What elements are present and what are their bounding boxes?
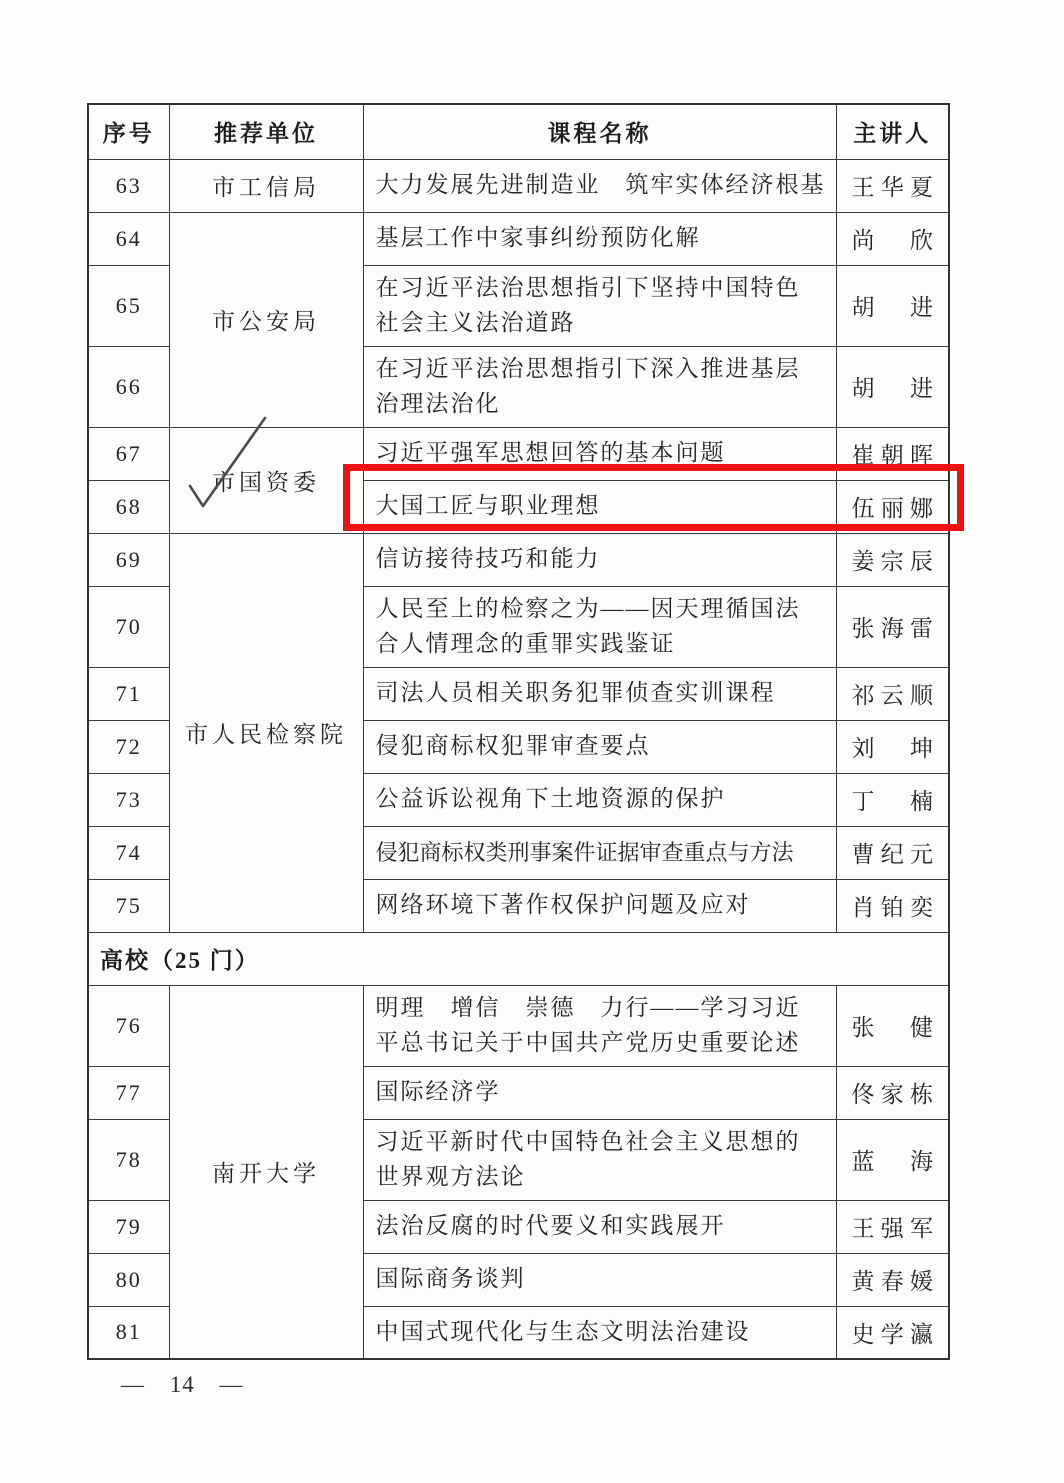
row-number-cell: 73 [88, 773, 169, 826]
course-cell: 法治反腐的时代要义和实践展开 [363, 1200, 836, 1253]
row-number-cell: 76 [88, 985, 169, 1066]
course-cell: 大力发展先进制造业 筑牢实体经济根基 [363, 159, 836, 212]
row-number-cell: 67 [88, 427, 169, 480]
lecturer-cell: 肖铂奕 [836, 879, 949, 932]
lecturer-cell: 丁 楠 [836, 773, 949, 826]
lecturer-cell: 姜宗辰 [836, 533, 949, 586]
header-lecturer: 主讲人 [836, 104, 949, 159]
row-number-cell: 72 [88, 720, 169, 773]
lecturer-cell: 尚 欣 [836, 212, 949, 265]
course-cell: 信访接待技巧和能力 [363, 533, 836, 586]
row-number-cell: 63 [88, 159, 169, 212]
table-row: 67 市国资委 习近平强军思想回答的基本问题 崔朝晖 [88, 427, 949, 480]
course-cell: 司法人员相关职务犯罪侦查实训课程 [363, 667, 836, 720]
course-cell: 中国式现代化与生态文明法治建设 [363, 1306, 836, 1359]
course-cell: 公益诉讼视角下土地资源的保护 [363, 773, 836, 826]
header-course: 课程名称 [363, 104, 836, 159]
lecturer-cell: 崔朝晖 [836, 427, 949, 480]
course-cell: 习近平新时代中国特色社会主义思想的 世界观方法论 [363, 1119, 836, 1200]
row-number-cell: 66 [88, 346, 169, 427]
row-number-cell: 81 [88, 1306, 169, 1359]
row-number-cell: 77 [88, 1066, 169, 1119]
table-row: 76 南开大学 明理 增信 崇德 力行——学习习近 平总书记关于中国共产党历史重… [88, 985, 949, 1066]
course-cell: 侵犯商标权犯罪审查要点 [363, 720, 836, 773]
unit-cell: 市公安局 [169, 212, 363, 427]
course-cell: 人民至上的检察之为——因天理循国法 合人情理念的重罪实践鉴证 [363, 586, 836, 667]
unit-cell: 市工信局 [169, 159, 363, 212]
lecturer-cell: 张海雷 [836, 586, 949, 667]
course-cell: 基层工作中家事纠纷预防化解 [363, 212, 836, 265]
row-number-cell: 68 [88, 480, 169, 533]
course-cell: 国际经济学 [363, 1066, 836, 1119]
course-cell: 明理 增信 崇德 力行——学习习近 平总书记关于中国共产党历史重要论述 [363, 985, 836, 1066]
row-number-cell: 70 [88, 586, 169, 667]
course-cell: 侵犯商标权类刑事案件证据审查重点与方法 [363, 826, 836, 879]
unit-cell: 市人民检察院 [169, 533, 363, 932]
lecturer-cell: 胡 进 [836, 346, 949, 427]
header-unit: 推荐单位 [169, 104, 363, 159]
lecturer-cell: 刘 坤 [836, 720, 949, 773]
lecturer-cell: 王华夏 [836, 159, 949, 212]
row-number-cell: 71 [88, 667, 169, 720]
course-cell: 网络环境下著作权保护问题及应对 [363, 879, 836, 932]
section-header-row: 高校（25 门） [88, 932, 949, 985]
page-number: — 14 — [121, 1372, 244, 1398]
row-number-cell: 75 [88, 879, 169, 932]
course-cell: 在习近平法治思想指引下深入推进基层 治理法治化 [363, 346, 836, 427]
table-row: 69 市人民检察院 信访接待技巧和能力 姜宗辰 [88, 533, 949, 586]
unit-cell: 市国资委 [169, 427, 363, 533]
scanned-document-page: 序号 推荐单位 课程名称 主讲人 63 市工信局 大力发展先进制造业 筑牢实体经… [0, 0, 1064, 1483]
table-row: 64 市公安局 基层工作中家事纠纷预防化解 尚 欣 [88, 212, 949, 265]
course-cell: 习近平强军思想回答的基本问题 [363, 427, 836, 480]
row-number-cell: 69 [88, 533, 169, 586]
course-cell: 国际商务谈判 [363, 1253, 836, 1306]
row-number-cell: 79 [88, 1200, 169, 1253]
unit-cell: 南开大学 [169, 985, 363, 1359]
lecturer-cell: 史学瀛 [836, 1306, 949, 1359]
header-num: 序号 [88, 104, 169, 159]
row-number-cell: 74 [88, 826, 169, 879]
lecturer-cell: 祁云顺 [836, 667, 949, 720]
row-number-cell: 78 [88, 1119, 169, 1200]
course-list-table: 序号 推荐单位 课程名称 主讲人 63 市工信局 大力发展先进制造业 筑牢实体经… [87, 103, 950, 1360]
lecturer-cell: 伍丽娜 [836, 480, 949, 533]
section-header-cell: 高校（25 门） [88, 932, 949, 985]
table-row: 63 市工信局 大力发展先进制造业 筑牢实体经济根基 王华夏 [88, 159, 949, 212]
course-cell: 在习近平法治思想指引下坚持中国特色 社会主义法治道路 [363, 265, 836, 346]
row-number-cell: 65 [88, 265, 169, 346]
lecturer-cell: 佟家栋 [836, 1066, 949, 1119]
lecturer-cell: 王强军 [836, 1200, 949, 1253]
lecturer-cell: 胡 进 [836, 265, 949, 346]
course-cell: 大国工匠与职业理想 [363, 480, 836, 533]
row-number-cell: 80 [88, 1253, 169, 1306]
table-header-row: 序号 推荐单位 课程名称 主讲人 [88, 104, 949, 159]
lecturer-cell: 黄春媛 [836, 1253, 949, 1306]
row-number-cell: 64 [88, 212, 169, 265]
lecturer-cell: 蓝 海 [836, 1119, 949, 1200]
lecturer-cell: 曹纪元 [836, 826, 949, 879]
lecturer-cell: 张 健 [836, 985, 949, 1066]
